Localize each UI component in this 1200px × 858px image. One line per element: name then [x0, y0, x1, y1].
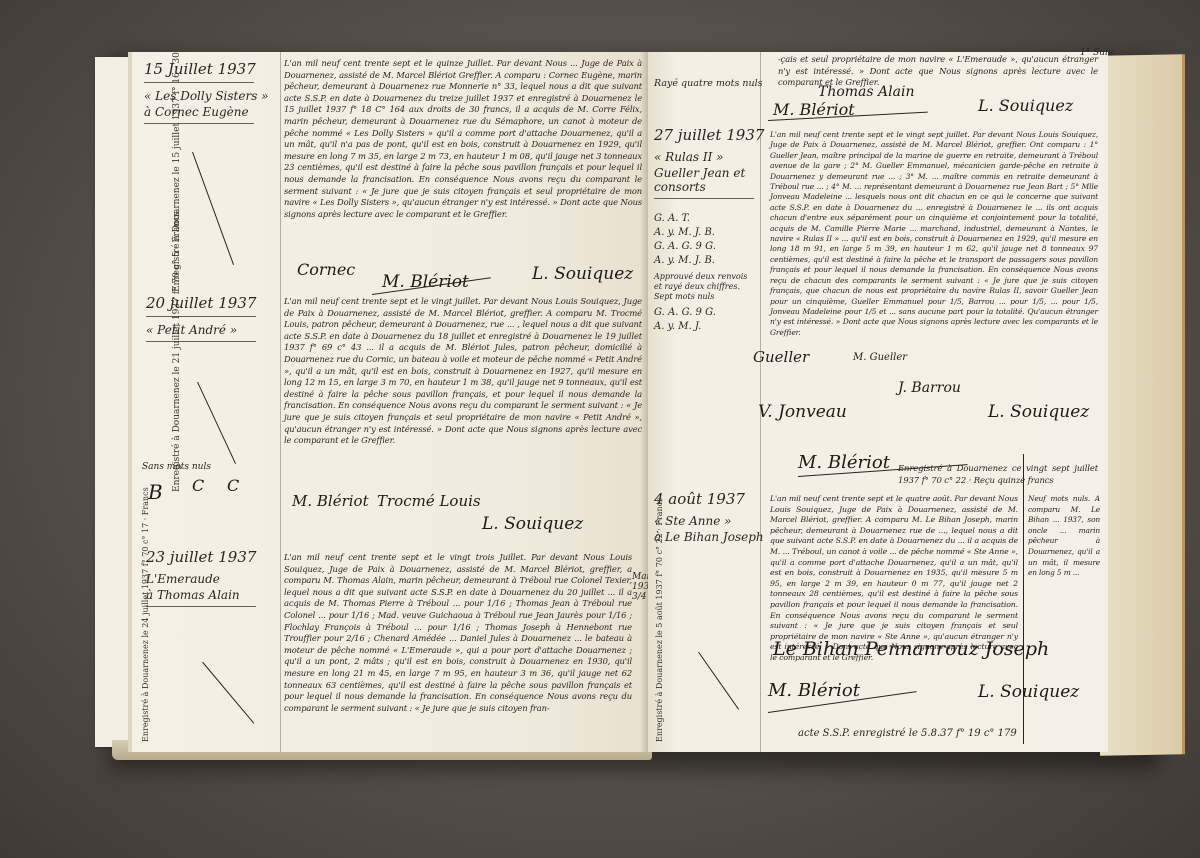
signature: Thomas Alain: [818, 84, 914, 100]
owner-name: à Le Bihan Joseph: [654, 530, 764, 544]
entry-margin: 20 juillet 1937 « Petit André »: [146, 294, 256, 346]
entry-text: L'an mil neuf cent trente sept et le vin…: [770, 130, 1098, 338]
signature: Cornec: [297, 260, 355, 279]
signature: V. Jonveau: [758, 402, 847, 422]
signature: L. Souiquez: [482, 514, 583, 534]
boat-name: L'Emeraude: [146, 572, 256, 586]
signature: L. Souiquez: [532, 264, 633, 284]
footer-note: acte S.S.P. enregistré le 5.8.37 f° 19 c…: [798, 728, 1017, 739]
entry-date: 27 juillet 1937: [654, 126, 764, 144]
signature: Le Bihan Pennanrouz Joseph: [773, 638, 1049, 660]
entry-date: 15 Juillet 1937: [144, 60, 269, 78]
initials: G. A. G. 9 G.: [654, 240, 754, 254]
signature: L. Souiquez: [988, 402, 1089, 422]
entry-margin: 15 Juillet 1937 « Les Dolly Sisters » à …: [144, 60, 269, 128]
margin-note: Approuvé deux renvois et rayé deux chiff…: [654, 272, 754, 302]
right-page: Rayé quatre mots nuls -çais et seul prop…: [648, 52, 1108, 752]
registration-note: Enregistré à Douarnenez ce vingt sept ju…: [898, 464, 1098, 487]
owner-name: à Cornec Eugène: [144, 105, 269, 119]
initials: A. y. M. J. B.: [654, 226, 754, 240]
boat-name: « Petit André »: [146, 323, 256, 337]
margin-initials: G. A. T. A. y. M. J. B. G. A. G. 9 G. A.…: [654, 212, 754, 334]
divider: [654, 198, 754, 199]
entry-date: 23 juillet 1937: [146, 548, 256, 566]
initials: G. A. G. 9 G.: [654, 306, 754, 320]
boat-name: « Ste Anne »: [654, 514, 764, 528]
entry-date: 4 août 1937: [654, 490, 764, 508]
pen-stroke: [698, 652, 739, 710]
signature: Gueller: [753, 348, 809, 366]
margin-note: Rayé quatre mots nuls: [654, 78, 763, 89]
signature: M. Blériot: [768, 680, 860, 701]
entry-margin: 4 août 1937 « Ste Anne » à Le Bihan Jose…: [654, 490, 764, 544]
signature: Trocmé Louis: [377, 492, 481, 510]
margin-note: Sans mots nuls: [142, 462, 211, 472]
initials: A. y. M. J. B.: [654, 254, 754, 268]
registration-note: Enregistré à Douarnenez le 5 août 1937 f…: [654, 498, 665, 742]
pen-stroke: [197, 382, 236, 464]
divider: [146, 341, 256, 342]
initials: G. A. T.: [654, 212, 754, 226]
entry-text: L'an mil neuf cent trente sept et le qui…: [284, 58, 642, 220]
boat-name: « Rulas II »: [654, 150, 764, 164]
signature: M. Blériot: [292, 492, 369, 510]
left-page: 15 Juillet 1937 « Les Dolly Sisters » à …: [128, 52, 652, 752]
owner-name: Gueller Jean et consorts: [654, 166, 754, 194]
boat-name: « Les Dolly Sisters »: [144, 89, 269, 103]
margin-rule: [280, 52, 281, 752]
signature: M. Gueller: [853, 352, 907, 363]
signature: L. Souiquez: [978, 96, 1073, 115]
corner-note: 1° Suiv.: [1080, 48, 1115, 58]
registration-note: Enregistré à Douarnenez le 21 juillet 19…: [172, 211, 183, 492]
divider: [146, 316, 256, 317]
back-page-edge: [1100, 54, 1185, 755]
signature: L. Souiquez: [978, 682, 1079, 702]
entry-margin: 27 juillet 1937 « Rulas II » Gueller Jea…: [654, 126, 764, 203]
entry-margin: 23 juillet 1937 L'Emeraude à Thomas Alai…: [146, 548, 256, 611]
divider: [146, 606, 256, 607]
divider: [144, 82, 254, 83]
owner-name: à Thomas Alain: [146, 588, 256, 602]
pen-stroke: [192, 152, 234, 265]
divider: [144, 123, 254, 124]
entry-text: L'an mil neuf cent trente sept et le vin…: [284, 552, 632, 714]
initials: C: [192, 476, 204, 495]
pen-stroke: [202, 662, 254, 724]
entry-date: 20 juillet 1937: [146, 294, 256, 312]
entry-text: L'an mil neuf cent trente sept et le vin…: [284, 296, 642, 447]
registration-note: Enregistré à Douarnenez le 24 juillet 19…: [140, 487, 151, 742]
initials: A. y. M. J.: [654, 320, 754, 334]
signature: J. Barrou: [898, 380, 961, 396]
initials: C: [227, 476, 239, 495]
side-column-text: Neuf mots nuls. A comparu M. Le Bihan ..…: [1028, 494, 1100, 579]
